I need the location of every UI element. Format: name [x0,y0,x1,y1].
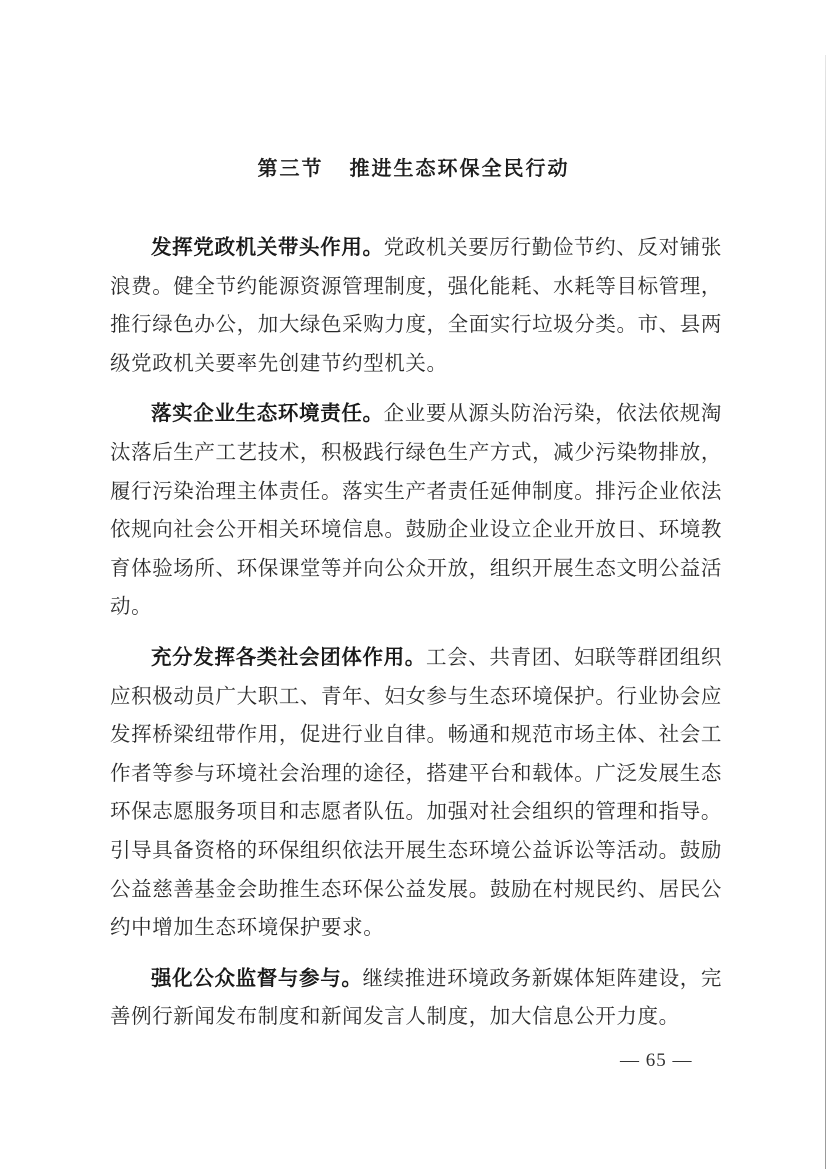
section-number: 第三节 [258,156,324,180]
section-title: 推进生态环保全民行动 [350,156,570,180]
paragraph-public-supervision: 强化公众监督与参与。继续推进环境政务新媒体矩阵建设，完善例行新闻发布制度和新闻发… [110,959,722,1036]
paragraph-text: 企业要从源头防治污染，依法依规淘汰落后生产工艺技术，积极践行绿色生产方式，减少污… [110,401,722,618]
page-number: — 65 — [620,1050,693,1072]
document-body: 发挥党政机关带头作用。党政机关要厉行勤俭节约、反对铺张浪费。健全节约能源资源管理… [110,228,722,1048]
paragraph-party-government: 发挥党政机关带头作用。党政机关要厉行勤俭节约、反对铺张浪费。健全节约能源资源管理… [110,228,722,382]
paragraph-social-groups: 充分发挥各类社会团体作用。工会、共青团、妇联等群团组织应积极动员广大职工、青年、… [110,638,722,947]
paragraph-lead: 发挥党政机关带头作用。 [151,235,384,259]
page-edge-line [825,55,826,1169]
paragraph-lead: 强化公众监督与参与。 [151,966,363,990]
paragraph-lead: 落实企业生态环境责任。 [151,401,384,425]
paragraph-text: 工会、共青团、妇联等群团组织应积极动员广大职工、青年、妇女参与生态环境保护。行业… [110,645,722,939]
paragraph-enterprise-responsibility: 落实企业生态环境责任。企业要从源头防治污染，依法依规淘汰落后生产工艺技术，积极践… [110,394,722,626]
paragraph-lead: 充分发挥各类社会团体作用。 [151,645,426,669]
section-heading: 第三节推进生态环保全民行动 [0,152,827,181]
